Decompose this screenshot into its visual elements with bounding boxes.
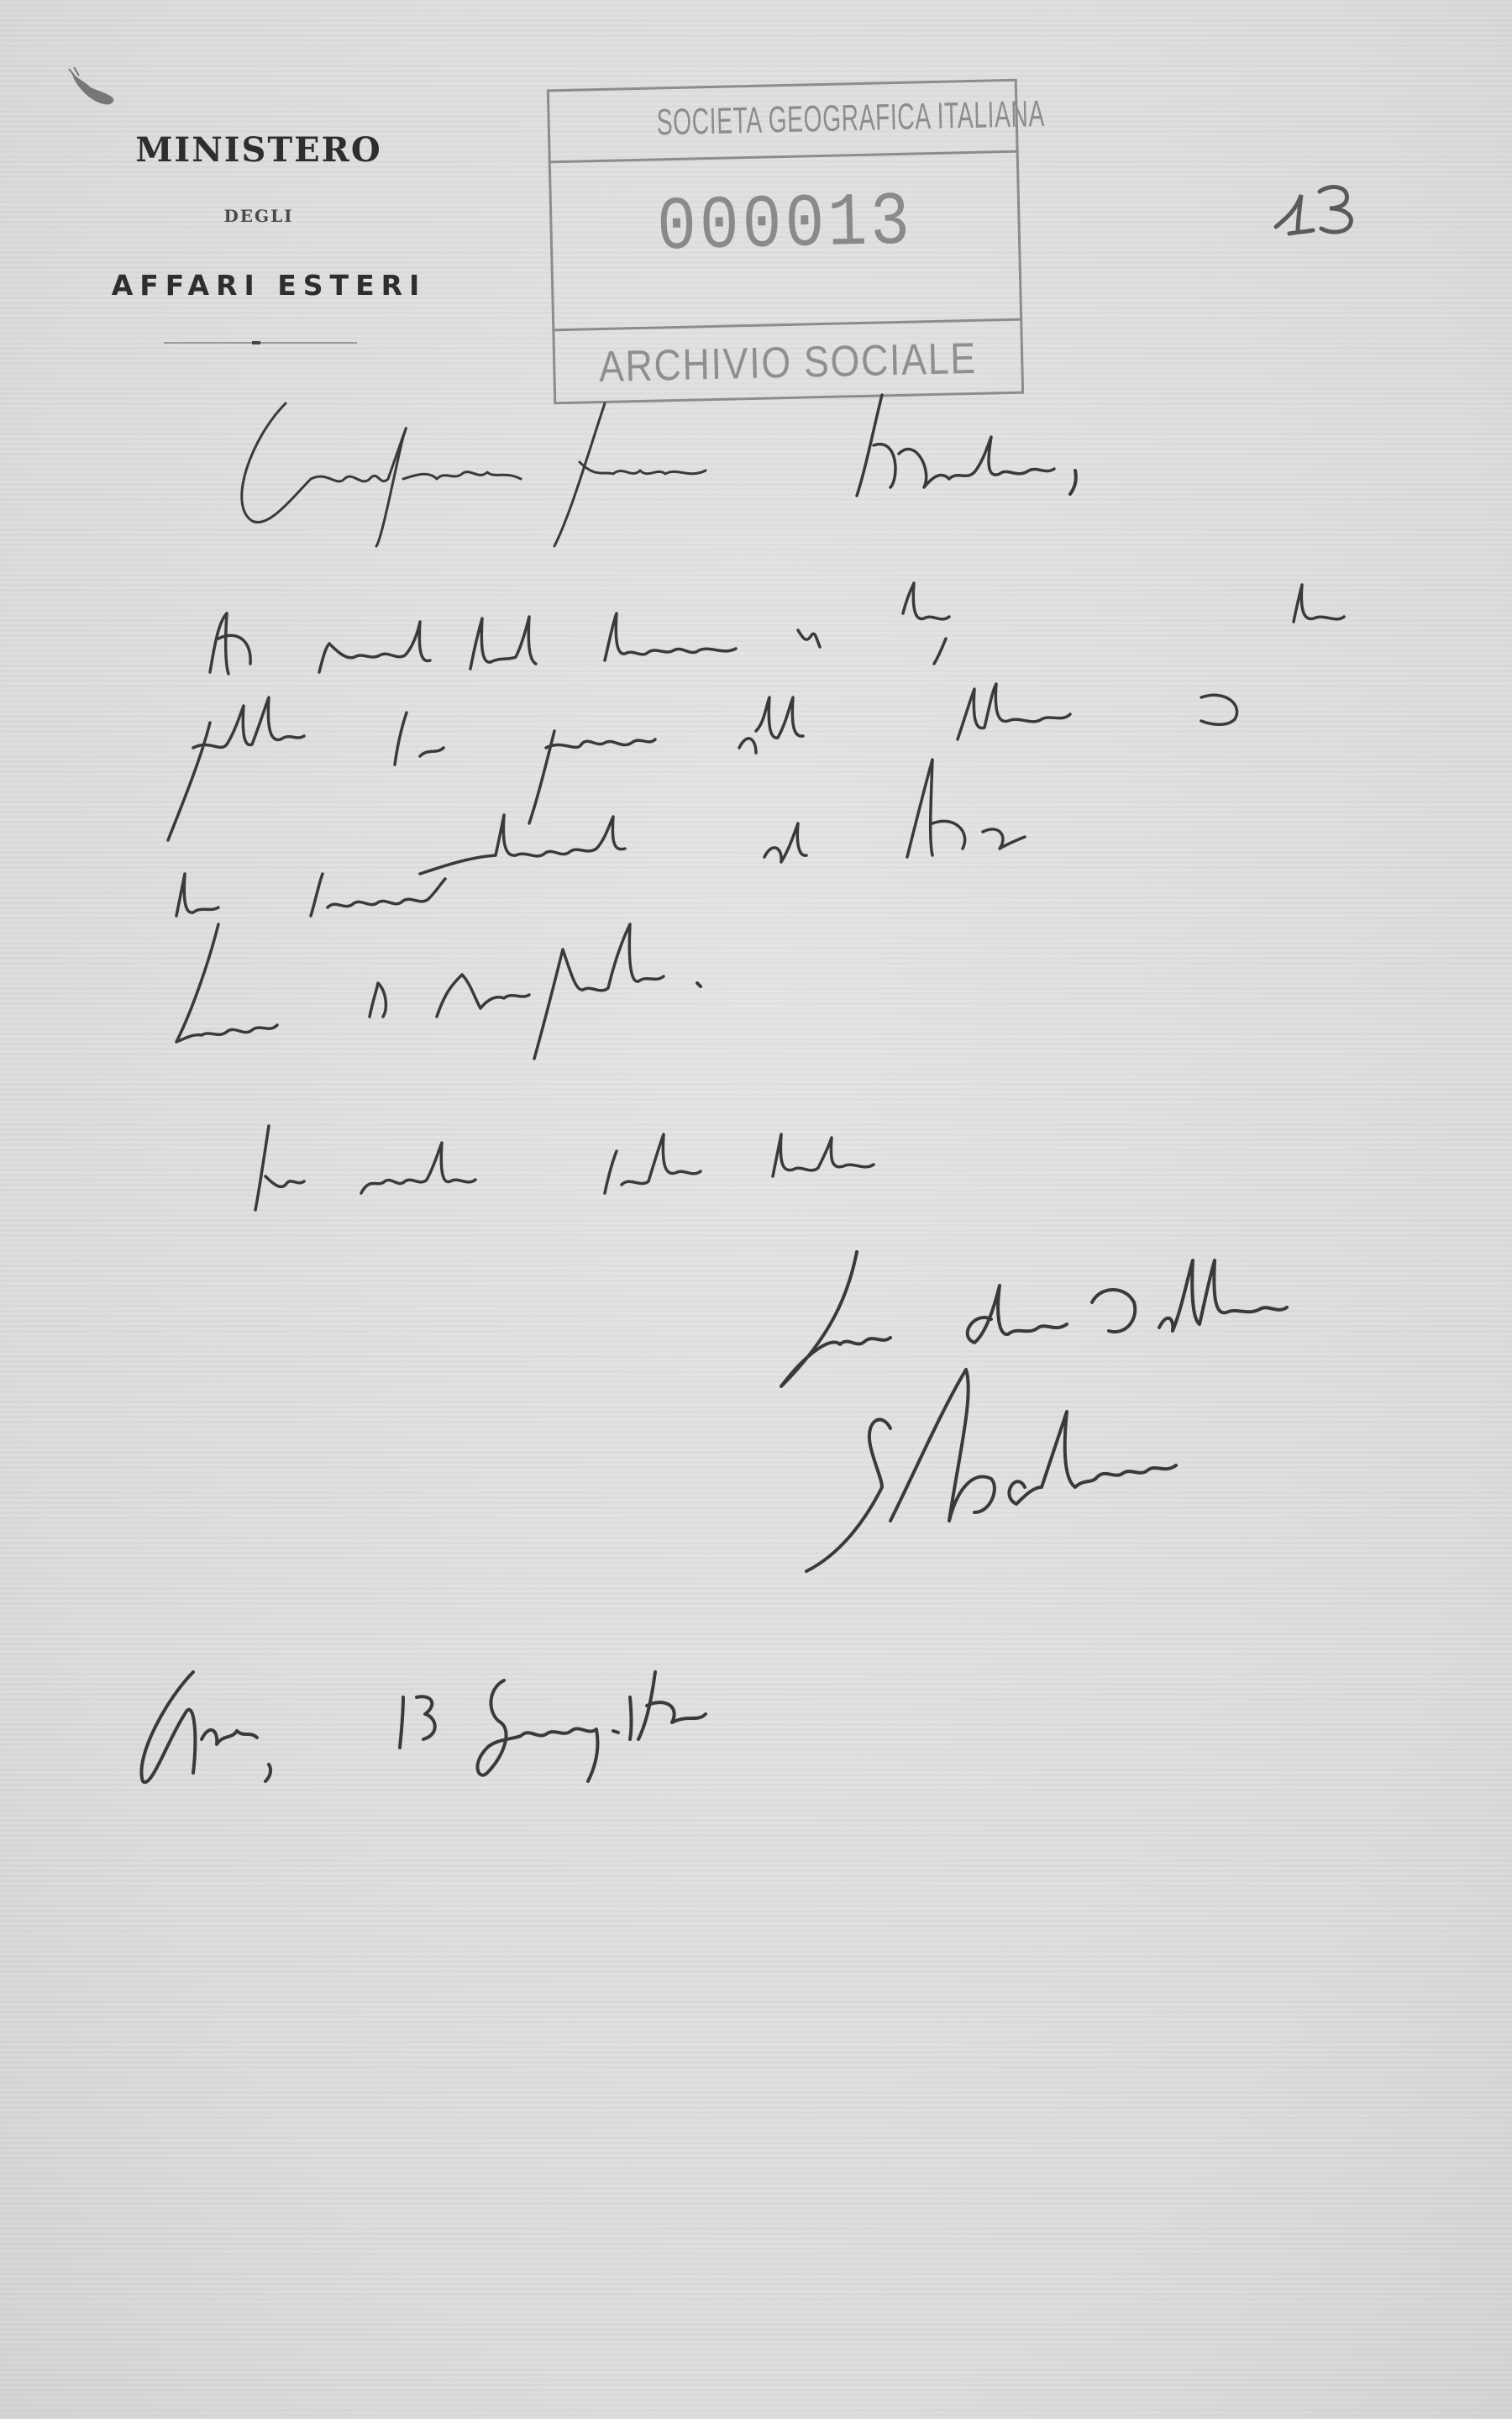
letter-closing-line: Un cordiale saluto dal: [252, 1109, 1092, 1239]
body-line-4-handwriting: [168, 891, 924, 1075]
stamp-footer-text: ARCHIVIO SOCIALE: [599, 334, 978, 392]
stamp-header-text: SOCIETA GEOGRAFICA ITALIANA: [656, 93, 1045, 144]
letter-signature: G. Malvano: [790, 1361, 1378, 1584]
letterhead-rule: [164, 342, 357, 344]
letterhead-ministry: MINISTERO: [124, 130, 393, 170]
handwritten-page-number: 13: [1273, 176, 1373, 269]
letterhead-degli: DEGLI: [124, 206, 393, 226]
letter-dateline: Roma, 13 Gennajo 1876: [118, 1647, 958, 1819]
salutation-handwriting: [235, 387, 1369, 555]
ink-blot: [67, 67, 126, 118]
letterhead-affari-esteri: AFFARI ESTERI: [92, 269, 445, 302]
archive-stamp: SOCIETA GEOGRAFICA ITALIANA 000013 ARCHI…: [547, 79, 1024, 405]
dateline-handwriting: [118, 1647, 958, 1815]
page-number-glyph: [1273, 176, 1373, 252]
signature-handwriting: [790, 1361, 1378, 1580]
letter-body-line-4: Luca di New York.: [168, 891, 924, 1080]
letter-salutation: Carissimo Signor Mantero,: [235, 387, 1369, 559]
stamp-header: SOCIETA GEOGRAFICA ITALIANA: [547, 79, 1019, 164]
closing-line-handwriting: [252, 1109, 1092, 1235]
stamp-number: 000013: [549, 178, 1021, 274]
